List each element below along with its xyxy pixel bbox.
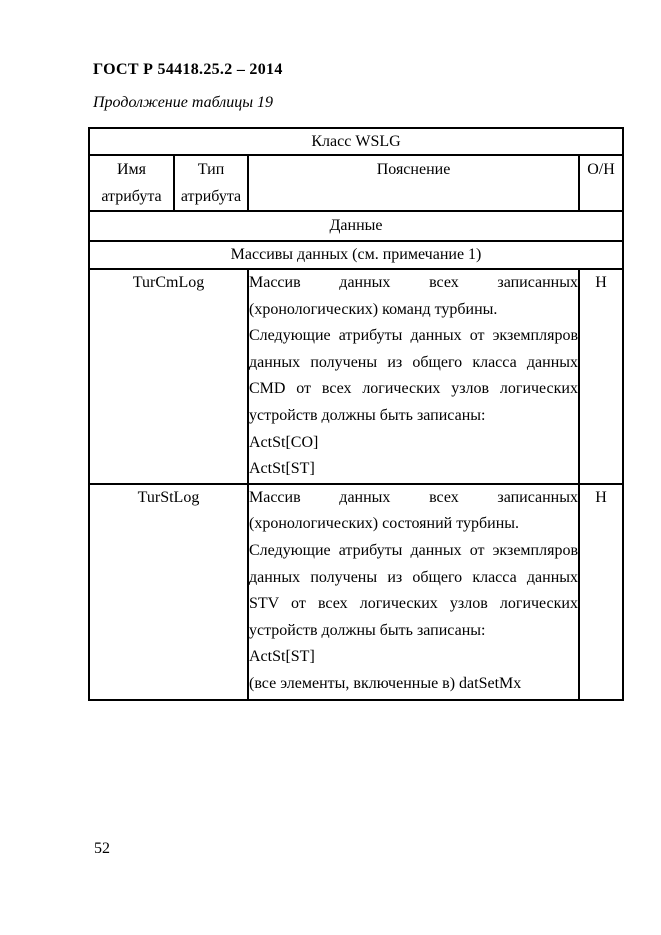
- column-header-row: Имя атрибута Тип атрибута Пояснение О/Н: [89, 155, 623, 211]
- col-header-attribute-name: Имя атрибута: [89, 155, 174, 211]
- mandatory-cell: Н: [579, 269, 623, 484]
- col-header-line: Имя: [90, 156, 173, 183]
- explanation-line: (хронологических) состояний турбины.: [249, 511, 578, 538]
- table-row: TurStLog Массив данных всех записанных(х…: [89, 484, 623, 700]
- explanation-line: Следующие атрибуты данных от экземпляров: [249, 538, 578, 565]
- col-header-line: Тип: [175, 156, 247, 183]
- table-caption: Продолжение таблицы 19: [93, 94, 273, 112]
- explanation-line: ActSt[ST]: [249, 456, 578, 483]
- explanation-line: Массив данных всех записанных: [249, 270, 578, 297]
- explanation-line: STV от всех логических узлов логических: [249, 591, 578, 618]
- explanation-line: ActSt[ST]: [249, 644, 578, 671]
- explanation-line: данных получены из общего класса данных: [249, 350, 578, 377]
- explanation-line: устройств должны быть записаны:: [249, 403, 578, 430]
- explanation-line: Следующие атрибуты данных от экземпляров: [249, 323, 578, 350]
- explanation-line: CMD от всех логических узлов логических: [249, 376, 578, 403]
- table-row: TurCmLog Массив данных всех записанных(х…: [89, 269, 623, 484]
- document-page: { "page": { "doc_header": "ГОСТ Р 54418.…: [0, 0, 661, 935]
- section-row-data: Данные: [89, 211, 623, 241]
- explanation-cell: Массив данных всех записанных(хронологич…: [248, 269, 579, 484]
- explanation-line: ActSt[CO]: [249, 430, 578, 457]
- col-header-attribute-type: Тип атрибута: [174, 155, 248, 211]
- page-number: 52: [94, 840, 110, 858]
- explanation-line: (хронологических) команд турбины.: [249, 297, 578, 324]
- explanation-cell: Массив данных всех записанных(хронологич…: [248, 484, 579, 700]
- attribute-table: Класс WSLG Имя атрибута Тип атрибута Поя…: [88, 127, 624, 701]
- col-header-line: атрибута: [175, 183, 247, 210]
- section-label-data: Данные: [89, 211, 623, 241]
- mandatory-cell: Н: [579, 484, 623, 700]
- table-title: Класс WSLG: [89, 128, 623, 155]
- explanation-line: данных получены из общего класса данных: [249, 565, 578, 592]
- col-header-explanation: Пояснение: [248, 155, 579, 211]
- explanation-line: устройств должны быть записаны:: [249, 618, 578, 645]
- table-title-row: Класс WSLG: [89, 128, 623, 155]
- attribute-name-cell: TurStLog: [89, 484, 248, 700]
- doc-number-heading: ГОСТ Р 54418.25.2 – 2014: [93, 61, 283, 79]
- explanation-line: (все элементы, включенные в) datSetMx: [249, 671, 578, 698]
- explanation-line: Массив данных всех записанных: [249, 485, 578, 512]
- col-header-line: атрибута: [90, 183, 173, 210]
- section-row-arrays: Массивы данных (см. примечание 1): [89, 241, 623, 269]
- attribute-name-cell: TurCmLog: [89, 269, 248, 484]
- col-header-mandatory: О/Н: [579, 155, 623, 211]
- section-label-arrays: Массивы данных (см. примечание 1): [89, 241, 623, 269]
